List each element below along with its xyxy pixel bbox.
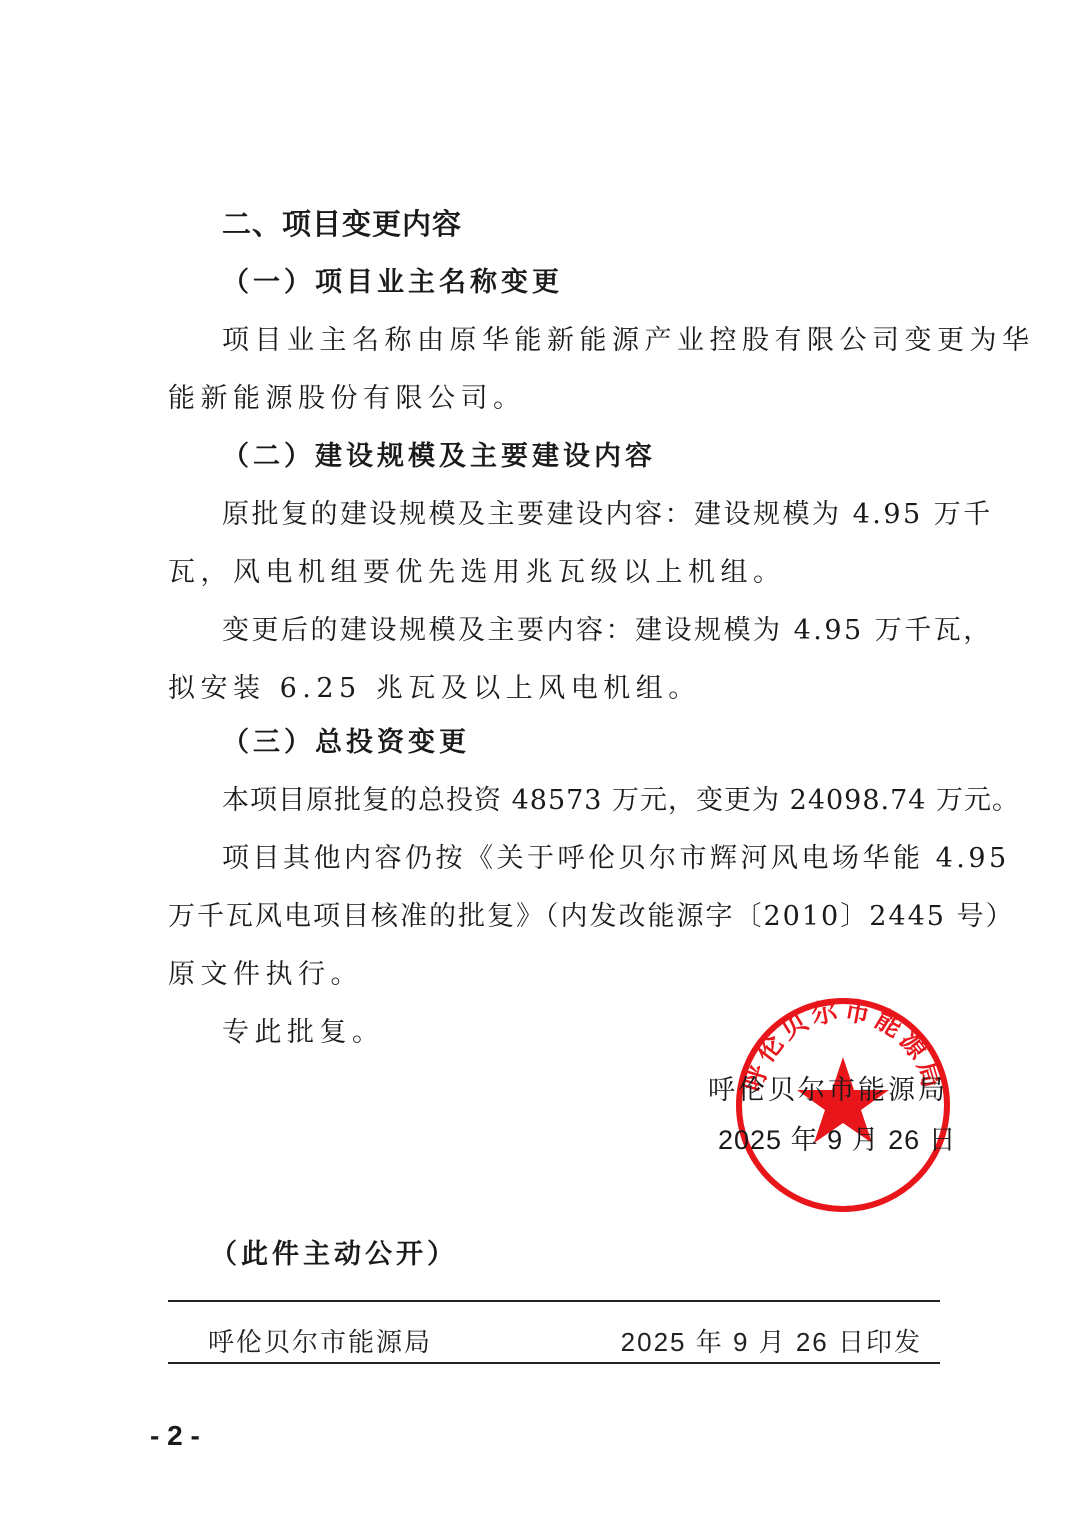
paragraph-line: 项目业主名称由原华能新能源产业控股有限公司变更为华	[222, 318, 1035, 357]
paragraph-line: 本项目原批复的总投资 48573 万元，变更为 24098.74 万元。	[222, 778, 1020, 817]
paragraph-line: 拟安装 6.25 兆瓦及以上风电机组。	[168, 666, 701, 705]
closing-phrase: 专此批复。	[222, 1010, 385, 1049]
section-title: 二、项目变更内容	[222, 202, 462, 243]
footer-print-date: 2025 年 9 月 26 日印发	[621, 1322, 922, 1359]
subsection-heading-1: （一）项目业主名称变更	[222, 260, 563, 299]
signature-date: 2025 年 9 月 26 日	[718, 1118, 957, 1157]
signature-org: 呼伦贝尔市能源局	[708, 1068, 948, 1107]
footer-bottom-rule	[168, 1362, 940, 1364]
paragraph-line: 万千瓦风电项目核准的批复》（内发改能源字〔2010〕2445 号）	[168, 894, 1015, 933]
footer-issuer: 呼伦贝尔市能源局	[208, 1322, 432, 1359]
footer-top-rule	[168, 1300, 940, 1302]
subsection-heading-2: （二）建设规模及主要建设内容	[222, 434, 656, 473]
paragraph-line: 原文件执行。	[168, 952, 363, 991]
paragraph-line: 项目其他内容仍按《关于呼伦贝尔市辉河风电场华能 4.95	[222, 836, 1010, 875]
paragraph-line: 变更后的建设规模及主要内容：建设规模为 4.95 万千瓦，	[222, 608, 993, 647]
paragraph-line: 原批复的建设规模及主要建设内容：建设规模为 4.95 万千	[222, 492, 993, 531]
paragraph-line: 瓦，风电机组要优先选用兆瓦级以上机组。	[168, 550, 786, 589]
disclosure-note: （此件主动公开）	[210, 1232, 458, 1271]
page-number: - 2 -	[150, 1420, 200, 1452]
subsection-heading-3: （三）总投资变更	[222, 720, 470, 759]
paragraph-line: 能新能源股份有限公司。	[168, 376, 526, 415]
